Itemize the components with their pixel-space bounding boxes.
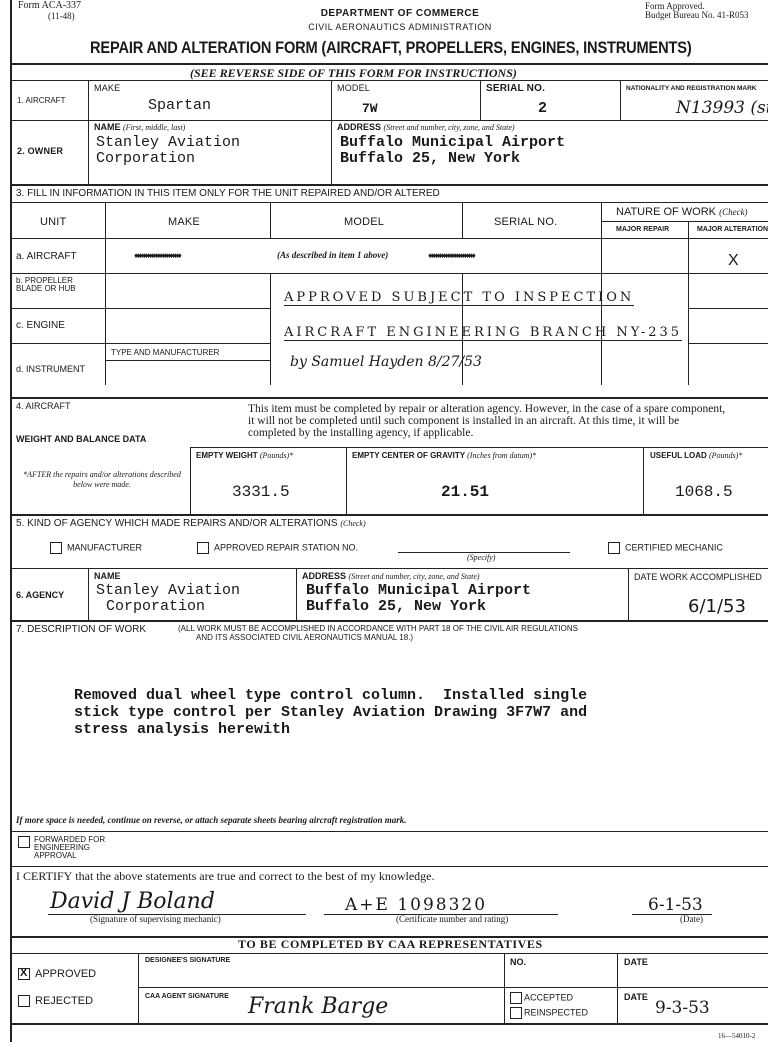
reinspected-option[interactable]: REINSPECTED: [510, 1007, 588, 1019]
divider: [10, 273, 768, 274]
certified-mechanic-option[interactable]: CERTIFIED MECHANIC: [608, 542, 723, 554]
owner-name-label-text: NAME: [94, 122, 121, 132]
divider: [270, 202, 271, 238]
work-description-line2: stick type control per Stanley Aviation …: [74, 704, 587, 721]
department: DEPARTMENT OF COMMERCE: [250, 8, 550, 19]
owner-name-line2: Corporation: [96, 151, 195, 167]
col-major-repair: MAJOR REPAIR: [616, 226, 669, 233]
approval-line2: Budget Bureau No. 41-R053: [645, 10, 749, 20]
agency-name-label: NAME: [94, 571, 121, 581]
approval-stamp-line2: AIRCRAFT ENGINEERING BRANCH NY-235: [284, 325, 682, 341]
item3-title: 3. FILL IN INFORMATION IN THIS ITEM ONLY…: [16, 188, 440, 199]
row-b-propeller-label: b. PROPELLER BLADE OR HUB: [16, 277, 96, 293]
caa-date2-value: 9-3-53: [655, 998, 710, 1018]
empty-weight-hint: (Pounds)*: [260, 451, 293, 460]
mechanic-checkbox[interactable]: [608, 542, 620, 554]
divider: [10, 953, 768, 954]
caa-no-label: NO.: [510, 957, 526, 967]
item7-note-line2: AND ITS ASSOCIATED CIVIL AERONAUTICS MAN…: [178, 633, 578, 642]
work-description-line3: stress analysis herewith: [74, 721, 587, 738]
form-title: REPAIR AND ALTERATION FORM (AIRCRAFT, PR…: [90, 38, 692, 58]
manufacturer-option[interactable]: MANUFACTURER: [50, 542, 142, 554]
empty-weight-label: EMPTY WEIGHT: [196, 451, 258, 460]
work-description: Removed dual wheel type control column. …: [74, 670, 587, 738]
caa-title: TO BE COMPLETED BY CAA REPRESENTATIVES: [238, 937, 543, 952]
print-code: 16—54010-2: [718, 1032, 755, 1040]
reinspected-label: REINSPECTED: [524, 1007, 588, 1017]
more-space-note: If more space is needed, continue on rev…: [16, 815, 407, 825]
manufacturer-checkbox[interactable]: [50, 542, 62, 554]
date-caption: (Date): [680, 914, 703, 924]
divider: [10, 63, 768, 65]
certificate-caption: (Certificate number and rating): [396, 914, 508, 924]
caa-agent-signature: Frank Barge: [248, 994, 388, 1019]
described-note: (As described in item 1 above): [277, 250, 388, 260]
divider: [88, 80, 89, 184]
col-major-alteration: MAJOR ALTERATION: [697, 226, 768, 233]
caa-date-label: DATE: [624, 957, 648, 967]
divider: [10, 397, 768, 399]
caa-date2-label: DATE: [624, 992, 648, 1002]
divider: [346, 447, 347, 514]
approved-checkbox[interactable]: [18, 968, 30, 980]
caa-agent-label: CAA AGENT SIGNATURE: [145, 993, 229, 1000]
divider: [88, 568, 89, 620]
useful-load-value: 1068.5: [675, 484, 733, 500]
filler-right: ♦♦♦♦♦♦♦♦♦♦♦♦♦♦♦♦♦♦♦♦♦♦: [428, 251, 474, 260]
item6-label: 6. AGENCY: [16, 590, 64, 600]
agency-name-line2: Corporation: [106, 599, 205, 615]
repair-station-option[interactable]: APPROVED REPAIR STATION NO.: [197, 542, 358, 554]
form-number: Form ACA-337: [18, 1, 81, 11]
divider: [480, 80, 481, 120]
major-alteration-check-a[interactable]: X: [728, 252, 739, 270]
row-a-aircraft-label: a. AIRCRAFT: [16, 251, 77, 262]
model-label: MODEL: [337, 83, 370, 93]
divider: [10, 308, 270, 309]
owner-address-label-text: ADDRESS: [337, 122, 381, 132]
item5-title: 5. KIND OF AGENCY WHICH MADE REPAIRS AND…: [16, 518, 338, 529]
item5-hint: (Check): [340, 519, 365, 528]
forwarded-line3: APPROVAL: [34, 852, 105, 860]
agency-address-line1: Buffalo Municipal Airport: [306, 583, 531, 599]
instructions-note: (SEE REVERSE SIDE OF THIS FORM FOR INSTR…: [190, 66, 517, 81]
cg-label: EMPTY CENTER OF GRAVITY: [352, 451, 465, 460]
owner-address-line2: Buffalo 25, New York: [340, 151, 520, 167]
agency-address-hint: (Street and number, city, zone, and Stat…: [349, 572, 480, 581]
certification-statement: I CERTIFY that the above statements are …: [16, 869, 435, 884]
divider: [190, 447, 191, 514]
divider: [10, 202, 768, 203]
divider: [10, 568, 768, 569]
type-manufacturer-label: TYPE AND MANUFACTURER: [111, 348, 219, 357]
divider: [10, 343, 270, 344]
forwarded-option[interactable]: FORWARDED FOR ENGINEERING APPROVAL: [18, 836, 105, 860]
col-serial: SERIAL NO.: [494, 216, 557, 228]
after-note: *AFTER the repairs and/or alterations de…: [16, 470, 188, 490]
aircraft-serial-value: 2: [538, 101, 547, 117]
agency-address-line2: Buffalo 25, New York: [306, 599, 486, 615]
row-d-instrument-label: d. INSTRUMENT: [16, 364, 85, 374]
divider: [10, 120, 768, 121]
divider: [190, 447, 768, 448]
accepted-option[interactable]: ACCEPTED: [510, 992, 573, 1004]
date-accomplished-value: 6/1/53: [688, 596, 746, 617]
approved-label: APPROVED: [35, 968, 96, 980]
owner-name-line1: Stanley Aviation: [96, 135, 240, 151]
accepted-checkbox[interactable]: [510, 992, 522, 1004]
divider: [10, 184, 768, 186]
item1-label: 1. AIRCRAFT: [17, 96, 65, 105]
approved-option[interactable]: APPROVED: [18, 968, 96, 980]
nature-of-work-label: NATURE OF WORK (Check): [616, 206, 748, 218]
repair-station-checkbox[interactable]: [197, 542, 209, 554]
divider: [10, 238, 768, 239]
owner-address-label: ADDRESS (Street and number, city, zone, …: [337, 122, 515, 132]
nature-label-text: NATURE OF WORK: [616, 206, 716, 218]
divider: [688, 343, 768, 344]
useful-load-hint: (Pounds)*: [709, 451, 742, 460]
divider: [617, 953, 618, 1023]
divider: [620, 80, 621, 120]
work-description-line1: Removed dual wheel type control column. …: [74, 687, 587, 704]
cert-rest: that the above statements are true and c…: [72, 869, 434, 883]
col-make: MAKE: [168, 216, 200, 228]
divider: [10, 1023, 768, 1025]
serial-label: SERIAL NO.: [486, 83, 545, 94]
divider: [643, 447, 644, 514]
administration: CIVIL AERONAUTICS ADMINISTRATION: [250, 22, 550, 32]
signature-caption: (Signature of supervising mechanic): [90, 914, 221, 924]
nature-hint: (Check): [719, 207, 747, 217]
divider: [296, 568, 297, 620]
registration-value: N13993 (std: [676, 98, 768, 118]
left-border: [10, 0, 12, 1042]
item4-label: 4. AIRCRAFT: [16, 401, 71, 411]
useful-load-label: USEFUL LOAD: [650, 451, 707, 460]
divider: [10, 866, 768, 867]
make-label: MAKE: [94, 83, 120, 93]
date-accomplished-label: DATE WORK ACCOMPLISHED: [634, 572, 762, 582]
divider: [688, 221, 689, 385]
rejected-label: REJECTED: [35, 995, 93, 1007]
aircraft-model-value: 7W: [362, 101, 378, 117]
aircraft-make-value: Spartan: [148, 98, 211, 114]
forwarded-checkbox[interactable]: [18, 836, 30, 848]
divider: [10, 514, 768, 516]
certificate-number: A+E 1098320: [345, 895, 487, 915]
divider: [10, 80, 768, 81]
approval-stamp-line1: APPROVED SUBJECT TO INSPECTION: [284, 290, 634, 306]
row-c-engine-label: c. ENGINE: [16, 320, 65, 331]
col-model: MODEL: [344, 216, 384, 228]
empty-weight-value: 3331.5: [232, 484, 290, 500]
divider: [105, 360, 270, 361]
owner-address-hint: (Street and number, city, zone, and Stat…: [384, 123, 515, 132]
item7-note-line1: (ALL WORK MUST BE ACCOMPLISHED IN ACCORD…: [178, 624, 578, 633]
divider: [331, 80, 332, 184]
rejected-checkbox[interactable]: [18, 995, 30, 1007]
col-unit: UNIT: [40, 216, 66, 228]
item7-title: 7. DESCRIPTION OF WORK: [16, 624, 146, 635]
item4-sublabel: WEIGHT AND BALANCE DATA: [16, 434, 146, 444]
certification-date: 6-1-53: [648, 895, 703, 915]
owner-address-line1: Buffalo Municipal Airport: [340, 135, 565, 151]
divider: [138, 953, 139, 1023]
cert-prefix: I: [16, 869, 23, 883]
reinspected-checkbox[interactable]: [510, 1007, 522, 1019]
agency-address-label: ADDRESS: [302, 571, 346, 581]
mechanic-signature: David J Boland: [50, 889, 215, 914]
divider: [10, 831, 768, 832]
divider: [628, 568, 629, 620]
registration-label: NATIONALITY AND REGISTRATION MARK: [626, 85, 756, 92]
cert-word: CERTIFY: [23, 869, 72, 883]
item2-label: 2. OWNER: [17, 146, 63, 156]
repair-station-label: APPROVED REPAIR STATION NO.: [214, 542, 358, 552]
agency-name-line1: Stanley Aviation: [96, 583, 240, 599]
mechanic-label: CERTIFIED MECHANIC: [625, 542, 723, 552]
rejected-option[interactable]: REJECTED: [18, 995, 93, 1007]
specify-hint: (Specify): [467, 553, 495, 562]
owner-name-hint: (First, middle, last): [123, 123, 185, 132]
divider: [138, 987, 768, 988]
item4-note: This item must be completed by repair or…: [248, 403, 728, 439]
cg-hint: (Inches from datum)*: [467, 451, 536, 460]
owner-name-label: NAME (First, middle, last): [94, 122, 185, 132]
divider: [462, 202, 463, 238]
accepted-label: ACCEPTED: [524, 992, 573, 1002]
manufacturer-label: MANUFACTURER: [67, 542, 142, 552]
cg-value: 21.51: [441, 484, 489, 500]
divider: [601, 221, 768, 222]
designee-signature-label: DESIGNEE'S SIGNATURE: [145, 957, 230, 964]
divider: [10, 620, 768, 622]
form-revision: (11-48): [48, 11, 75, 21]
divider: [270, 273, 271, 385]
divider: [688, 308, 768, 309]
divider: [105, 202, 106, 385]
filler-left: ♦♦♦♦♦♦♦♦♦♦♦♦♦♦♦♦♦♦♦♦♦♦: [134, 251, 180, 260]
approval-stamp-signature: by Samuel Hayden 8/27/53: [290, 354, 482, 370]
divider: [504, 953, 505, 1023]
